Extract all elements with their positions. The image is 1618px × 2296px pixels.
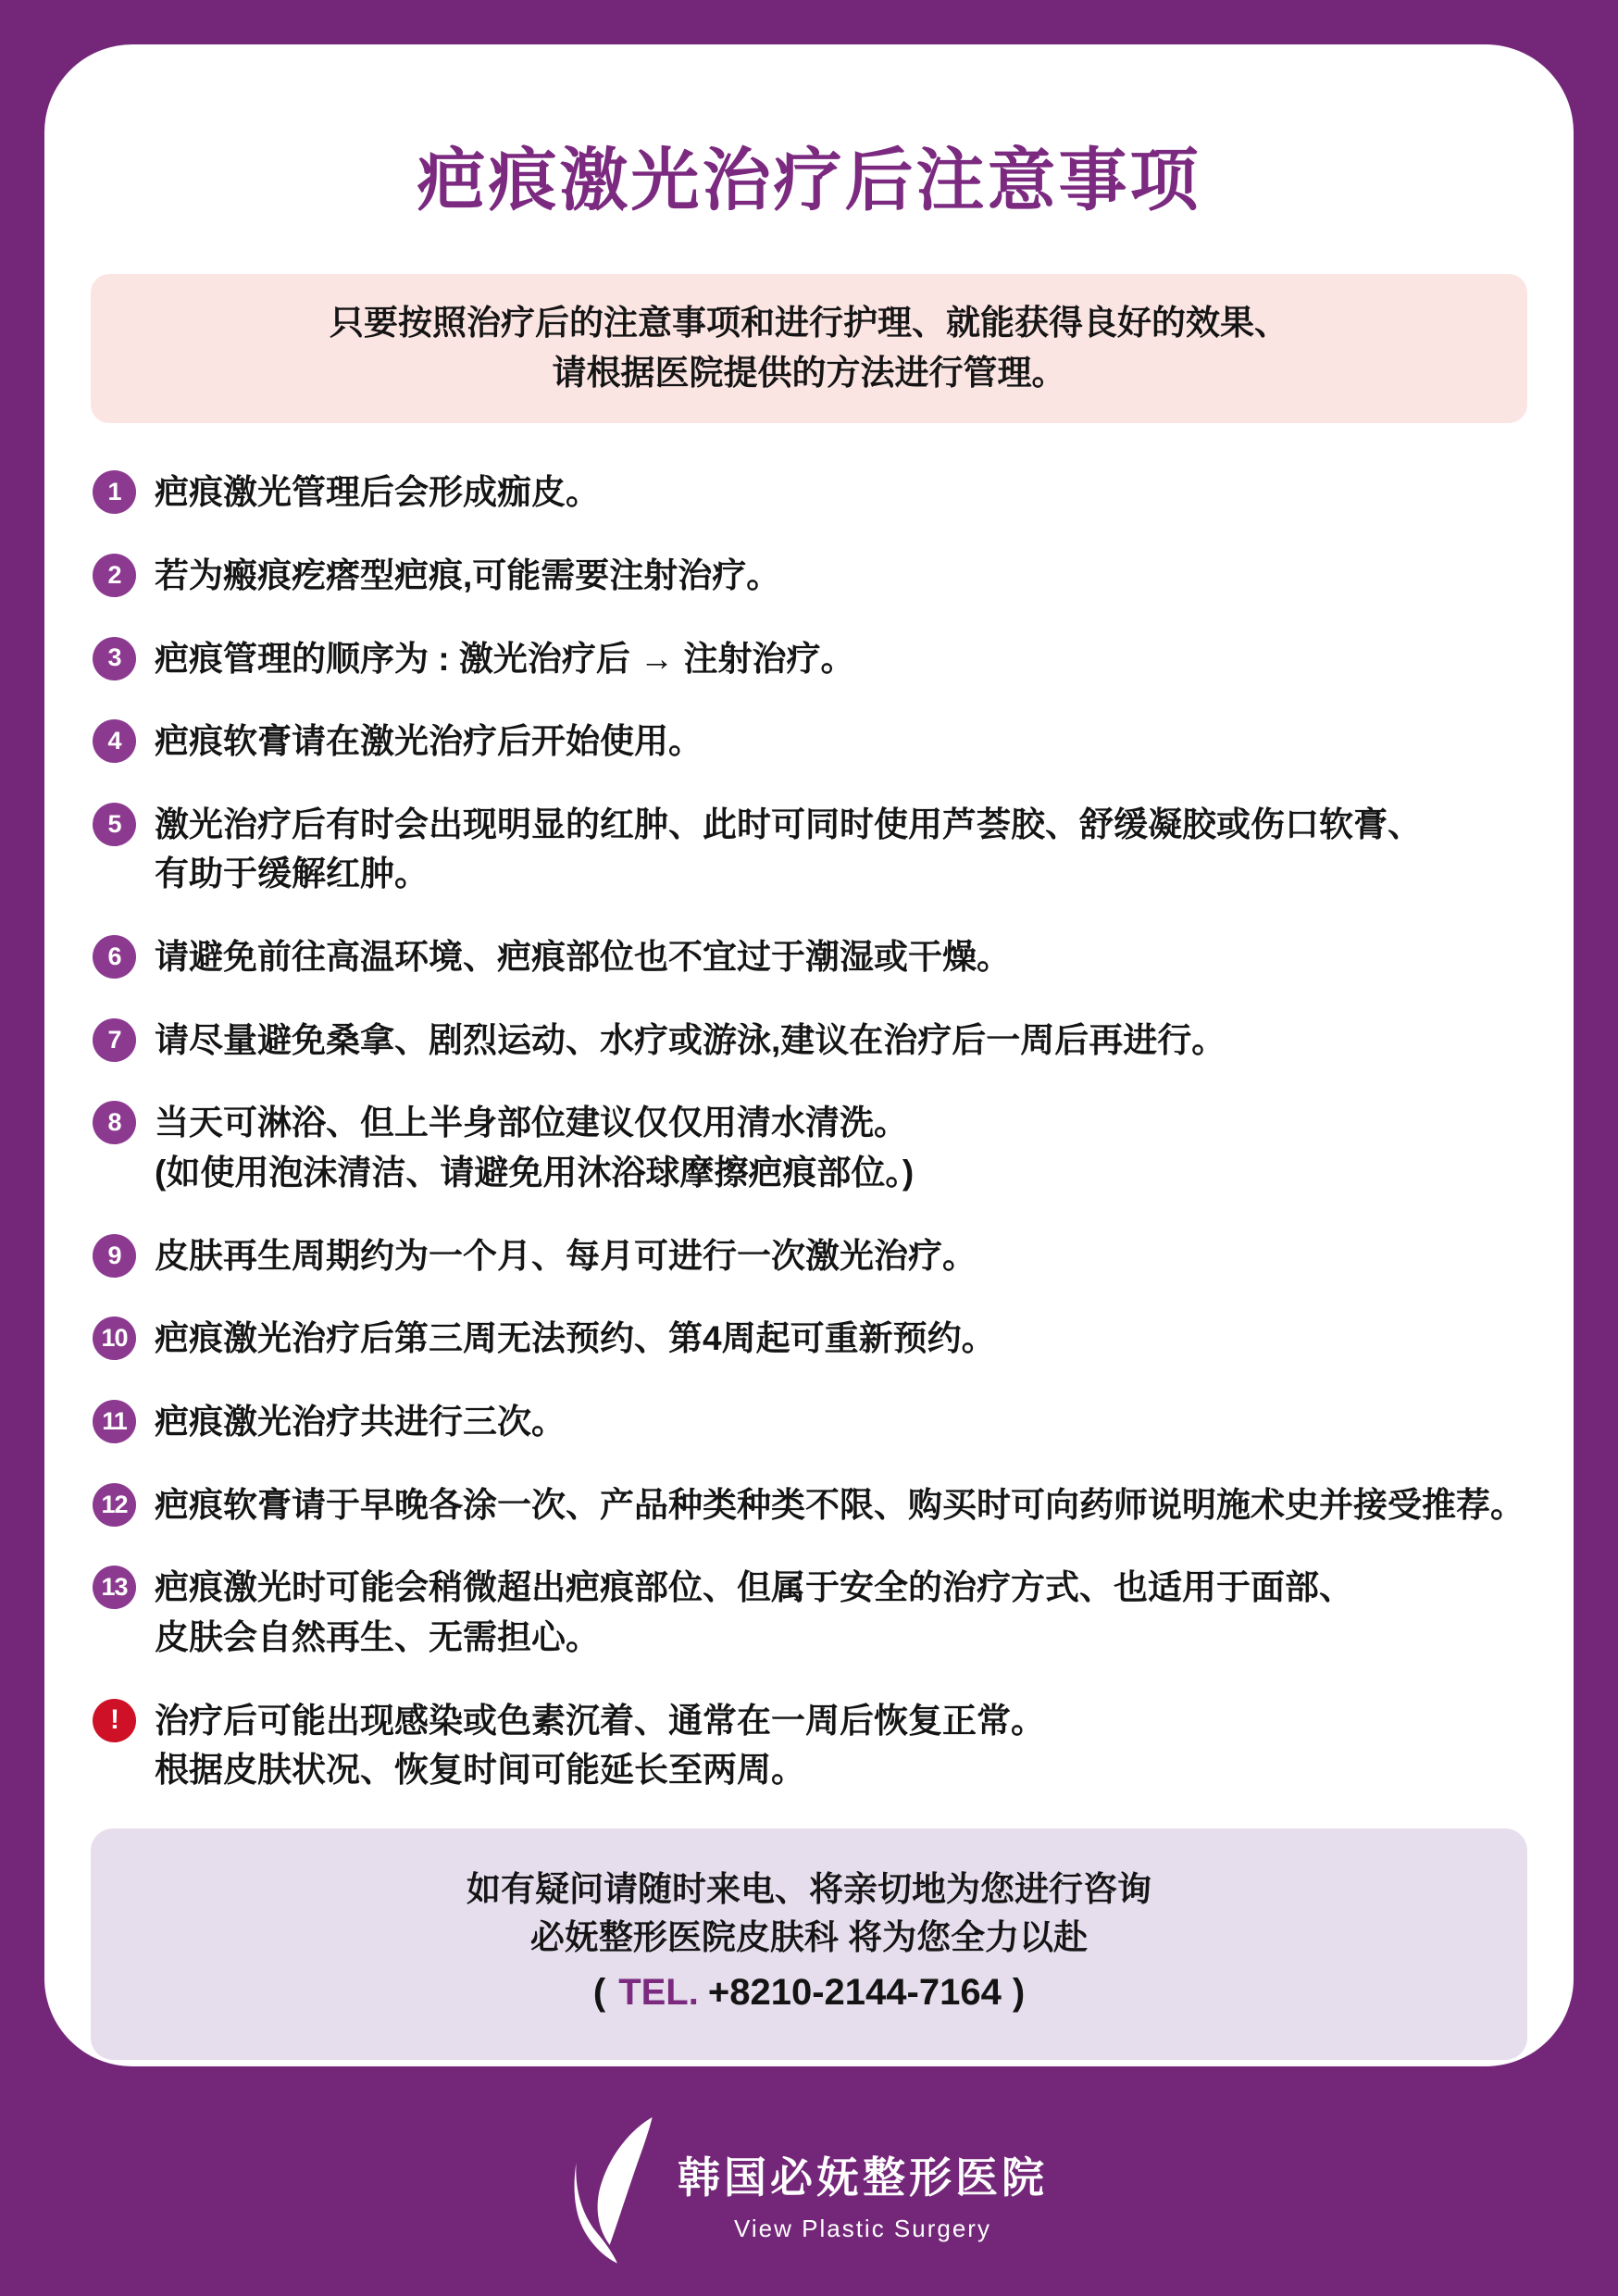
warning-item: ! 治疗后可能出现感染或色素沉着、通常在一周后恢复正常。 根据皮肤状况、恢复时间…	[93, 1696, 1525, 1795]
contact-line-2: 必妩整形医院皮肤科 将为您全力以赴	[118, 1914, 1500, 1963]
item-text-line: 有助于缓解红肿。	[155, 849, 1422, 899]
hospital-name-cn: 韩国必妩整形医院	[678, 2144, 1048, 2205]
tel-paren-close: )	[1013, 1972, 1025, 2013]
item-text-line: 激光治疗后有时会出现明显的红肿、此时可同时使用芦荟胶、舒缓凝胶或伤口软膏、	[155, 800, 1422, 850]
item-text-line: 疤痕激光治疗后第三周无法预约、第4周起可重新预约。	[155, 1314, 996, 1364]
item-number-badge: 9	[93, 1234, 136, 1278]
item-text: 疤痕软膏请在激光治疗后开始使用。	[155, 717, 703, 767]
tel-number: +8210-2144-7164	[708, 1972, 1002, 2013]
item-text: 请避免前往高温环境、疤痕部位也不宜过于潮湿或干燥。	[155, 932, 1011, 982]
item-text-line: 疤痕软膏请在激光治疗后开始使用。	[155, 717, 703, 767]
item-text-line: 当天可淋浴、但上半身部位建议仅仅用清水清洗。	[155, 1098, 914, 1148]
tel-paren-open: (	[593, 1972, 605, 2013]
intro-line-2: 请根据医院提供的方法进行管理。	[109, 348, 1509, 398]
item-text-line: (如使用泡沫清洁、请避免用沐浴球摩擦疤痕部位。)	[155, 1148, 914, 1198]
item-text: 疤痕软膏请于早晚各涂一次、产品种类种类不限、购买时可向药师说明施术史并接受推荐。	[155, 1480, 1525, 1530]
contact-banner: 如有疑问请随时来电、将亲切地为您进行咨询 必妩整形医院皮肤科 将为您全力以赴 (…	[91, 1828, 1527, 2060]
warning-text: 治疗后可能出现感染或色素沉着、通常在一周后恢复正常。 根据皮肤状况、恢复时间可能…	[155, 1696, 1045, 1795]
item-text: 皮肤再生周期约为一个月、每月可进行一次激光治疗。	[155, 1231, 977, 1281]
item-number-badge: 8	[93, 1101, 136, 1144]
item-text: 若为瘢痕疙瘩型疤痕,可能需要注射治疗。	[155, 551, 780, 601]
notice-item-10: 10 疤痕激光治疗后第三周无法预约、第4周起可重新预约。	[93, 1314, 1525, 1364]
warning-text-line: 根据皮肤状况、恢复时间可能延长至两周。	[155, 1745, 1045, 1795]
warning-text-line: 治疗后可能出现感染或色素沉着、通常在一周后恢复正常。	[155, 1696, 1045, 1746]
notice-item-12: 12 疤痕软膏请于早晚各涂一次、产品种类种类不限、购买时可向药师说明施术史并接受…	[93, 1480, 1525, 1530]
notice-card: 疤痕激光治疗后注意事项 只要按照治疗后的注意事项和进行护理、就能获得良好的效果、…	[44, 44, 1574, 2066]
tel-label: TEL.	[618, 1972, 699, 2013]
intro-line-1: 只要按照治疗后的注意事项和进行护理、就能获得良好的效果、	[109, 298, 1509, 348]
item-number-badge: 2	[93, 554, 136, 597]
contact-line-1: 如有疑问请随时来电、将亲切地为您进行咨询	[118, 1865, 1500, 1915]
hospital-lily-logo-icon	[570, 2115, 655, 2271]
notice-item-9: 9 皮肤再生周期约为一个月、每月可进行一次激光治疗。	[93, 1231, 1525, 1281]
item-text: 疤痕激光管理后会形成痂皮。	[155, 468, 600, 518]
warning-icon: !	[93, 1699, 136, 1742]
item-text-line: 疤痕软膏请于早晚各涂一次、产品种类种类不限、购买时可向药师说明施术史并接受推荐。	[155, 1480, 1525, 1530]
item-text-line: 皮肤会自然再生、无需担心。	[155, 1613, 1353, 1663]
item-text: 当天可淋浴、但上半身部位建议仅仅用清水清洗。 (如使用泡沫清洁、请避免用沐浴球摩…	[155, 1098, 914, 1197]
item-number-badge: 13	[93, 1566, 136, 1609]
item-number-badge: 3	[93, 637, 136, 680]
item-text-line: 疤痕激光时可能会稍微超出疤痕部位、但属于安全的治疗方式、也适用于面部、	[155, 1563, 1353, 1613]
notice-item-13: 13 疤痕激光时可能会稍微超出疤痕部位、但属于安全的治疗方式、也适用于面部、 皮…	[93, 1563, 1525, 1662]
page-title: 疤痕激光治疗后注意事项	[91, 126, 1527, 224]
hospital-name-en: View Plastic Surgery	[734, 2215, 991, 2243]
item-text-line: 疤痕激光治疗共进行三次。	[155, 1397, 566, 1447]
footer: 韩国必妩整形医院 View Plastic Surgery	[0, 2066, 1618, 2296]
notice-item-8: 8 当天可淋浴、但上半身部位建议仅仅用清水清洗。 (如使用泡沫清洁、请避免用沐浴…	[93, 1098, 1525, 1197]
notice-item-3: 3 疤痕管理的顺序为 : 激光治疗后 → 注射治疗。	[93, 634, 1525, 684]
item-number-badge: 11	[93, 1400, 136, 1443]
notice-item-7: 7 请尽量避免桑拿、剧烈运动、水疗或游泳,建议在治疗后一周后再进行。	[93, 1016, 1525, 1066]
item-text-line: 若为瘢痕疙瘩型疤痕,可能需要注射治疗。	[155, 551, 780, 601]
notice-item-4: 4 疤痕软膏请在激光治疗后开始使用。	[93, 717, 1525, 767]
contact-tel-line: (TEL.+8210-2144-7164)	[118, 1966, 1500, 2019]
item-text-line: 请避免前往高温环境、疤痕部位也不宜过于潮湿或干燥。	[155, 932, 1011, 982]
item-text-line: 疤痕管理的顺序为 : 激光治疗后 → 注射治疗。	[155, 634, 854, 684]
item-text: 疤痕管理的顺序为 : 激光治疗后 → 注射治疗。	[155, 634, 854, 684]
item-number-badge: 10	[93, 1316, 136, 1360]
item-text: 疤痕激光时可能会稍微超出疤痕部位、但属于安全的治疗方式、也适用于面部、 皮肤会自…	[155, 1563, 1353, 1662]
item-text-line: 皮肤再生周期约为一个月、每月可进行一次激光治疗。	[155, 1231, 977, 1281]
item-text: 请尽量避免桑拿、剧烈运动、水疗或游泳,建议在治疗后一周后再进行。	[155, 1016, 1226, 1066]
item-number-badge: 1	[93, 470, 136, 514]
item-text: 疤痕激光治疗后第三周无法预约、第4周起可重新预约。	[155, 1314, 996, 1364]
notice-item-6: 6 请避免前往高温环境、疤痕部位也不宜过于潮湿或干燥。	[93, 932, 1525, 982]
item-number-badge: 5	[93, 803, 136, 846]
item-text-line: 疤痕激光管理后会形成痂皮。	[155, 468, 600, 518]
item-text-line: 请尽量避免桑拿、剧烈运动、水疗或游泳,建议在治疗后一周后再进行。	[155, 1016, 1226, 1066]
item-number-badge: 6	[93, 935, 136, 979]
item-number-badge: 4	[93, 719, 136, 763]
intro-banner: 只要按照治疗后的注意事项和进行护理、就能获得良好的效果、 请根据医院提供的方法进…	[91, 274, 1527, 423]
notice-list: 1 疤痕激光管理后会形成痂皮。 2 若为瘢痕疙瘩型疤痕,可能需要注射治疗。 3 …	[91, 468, 1527, 1795]
notice-item-1: 1 疤痕激光管理后会形成痂皮。	[93, 468, 1525, 518]
item-text: 疤痕激光治疗共进行三次。	[155, 1397, 566, 1447]
notice-item-2: 2 若为瘢痕疙瘩型疤痕,可能需要注射治疗。	[93, 551, 1525, 601]
notice-item-5: 5 激光治疗后有时会出现明显的红肿、此时可同时使用芦荟胶、舒缓凝胶或伤口软膏、 …	[93, 800, 1525, 899]
hospital-name-block: 韩国必妩整形医院 View Plastic Surgery	[678, 2144, 1048, 2243]
item-text: 激光治疗后有时会出现明显的红肿、此时可同时使用芦荟胶、舒缓凝胶或伤口软膏、 有助…	[155, 800, 1422, 899]
poster-page: 疤痕激光治疗后注意事项 只要按照治疗后的注意事项和进行护理、就能获得良好的效果、…	[0, 0, 1618, 2296]
notice-item-11: 11 疤痕激光治疗共进行三次。	[93, 1397, 1525, 1447]
item-number-badge: 7	[93, 1018, 136, 1062]
item-number-badge: 12	[93, 1483, 136, 1527]
